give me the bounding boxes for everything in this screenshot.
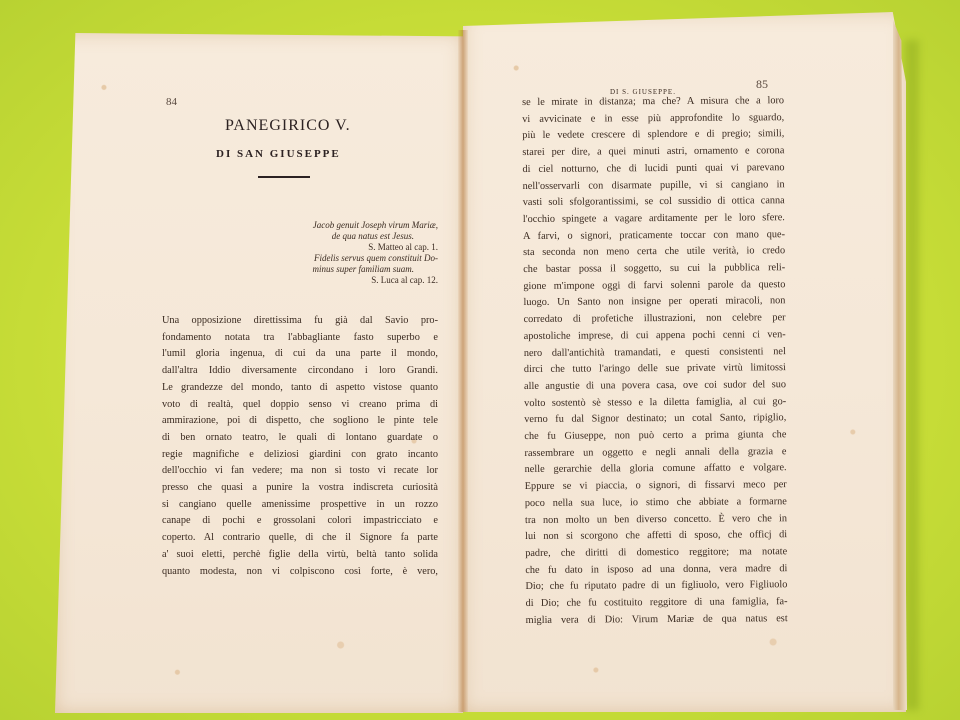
text-line: vi avvicinate e in esse più approfondite…: [522, 110, 784, 129]
epigraph-1: Jacob genuit Joseph virum Mariæ, de qua …: [240, 220, 438, 253]
text-line: regie magnifiche e deliziosi giardini co…: [162, 447, 438, 464]
text-line: nero dall'antichità tramandati, e questi…: [524, 344, 786, 363]
text-line: starei per dire, a quei minuti astri, or…: [522, 143, 784, 162]
text-line: di Dio; che fu costituito reggitore di u…: [525, 594, 787, 613]
text-line: voto di realtà, quel doppio senso vi cre…: [162, 397, 438, 414]
text-line: dall'altra Iddio diversamente circondano…: [162, 363, 438, 380]
title-rule: [258, 176, 310, 178]
text-line: ammirazione, poi di dispetto, che soglio…: [162, 413, 438, 430]
book-shadow: [905, 40, 919, 710]
text-line: sta seconda non meno certa che utile ver…: [523, 243, 785, 262]
epigraph-reference: S. Luca al cap. 12.: [240, 275, 438, 286]
text-line: si cangiano quelle amenissime prospettiv…: [162, 497, 438, 514]
text-line: tra non molto un ben diverso concetto. È…: [525, 511, 787, 530]
right-body-text: se le mirate in distanza; ma che? A misu…: [522, 93, 788, 629]
text-line: padre, che diritti di domestico reggitor…: [525, 544, 787, 563]
chapter-subtitle: DI SAN GIUSEPPE: [216, 148, 341, 160]
text-line: dirci che tutto l'aringo delle sue priva…: [524, 360, 786, 379]
text-line: nelle gerarchie della gloria comune affa…: [525, 461, 787, 480]
text-line: di ciel notturno, che di lucidi punti qu…: [522, 160, 784, 179]
text-line: canape di pochi e grossolani colori impa…: [162, 513, 438, 530]
text-line: Le grandezze del mondo, tanto di aspetto…: [162, 380, 438, 397]
left-page-number: 84: [166, 96, 177, 108]
text-line: Eppure se vi piaccia, o signori, di fiss…: [525, 477, 787, 496]
text-line: a' suoi eletti, perchè figlie della virt…: [162, 547, 438, 564]
text-line: Una opposizione direttissima fu già dal …: [162, 313, 438, 330]
text-line: di ben ornato teatro, le quali di lontan…: [162, 430, 438, 447]
text-line: verno fu dal Signor destinato; un cotal …: [524, 411, 786, 430]
text-line: coperto. Al contrario quelle, di che il …: [162, 530, 438, 547]
book-gutter: [458, 30, 468, 712]
text-line: Dio; che fu riputato padre di un figliuo…: [525, 578, 787, 597]
text-line: fondamento notata tra l'abbagliante fast…: [162, 330, 438, 347]
text-line: presso che quasi a punire la vostra indi…: [162, 480, 438, 497]
text-line: l'occhio spingete a vagare arditamente p…: [523, 210, 785, 229]
text-line: l'umil gloria ingenua, di cui da una par…: [162, 346, 438, 363]
right-page-number: 85: [756, 77, 768, 92]
text-line: alle angustie di una povera casa, ove co…: [524, 377, 786, 396]
epigraph-2: Fidelis servus quem constituit Do- minus…: [240, 253, 438, 286]
text-line: gione m'impone oggi di farvi solenni par…: [523, 277, 785, 296]
text-line: rassembrare un oggetto e negli annali de…: [524, 444, 786, 463]
text-line: più le vedete crescere di splendore e di…: [522, 127, 784, 146]
text-line: dell'occhio vi fan vedere; ma non sì tos…: [162, 463, 438, 480]
text-line: volto sostentò sè stesso e la diletta fa…: [524, 394, 786, 413]
text-line: se le mirate in distanza; ma che? A misu…: [522, 93, 784, 112]
text-line: luogo. Un Santo non insigne per operati …: [523, 294, 785, 313]
text-line: quanto modesta, non vi colpiscono così f…: [162, 564, 438, 581]
text-line: lui non si scorgono che affetti di sposo…: [525, 527, 787, 546]
epigraph-reference: S. Matteo al cap. 1.: [240, 242, 438, 253]
text-line: che fu dato in isposo ad una donna, vera…: [525, 561, 787, 580]
text-line: che fu Giuseppe, non può certo a prima g…: [524, 427, 786, 446]
text-line: che bastar possa il soggetto, su cui la …: [523, 260, 785, 279]
text-line: vasti soli sfolgorantissimi, se col suss…: [523, 193, 785, 212]
text-line: nell'osservarli con disarmate pupille, v…: [523, 177, 785, 196]
text-line: miglia vera di Dio: Virum Mariæ de qua n…: [526, 611, 788, 630]
text-line: corredato di profetiche illustrazioni, n…: [524, 310, 786, 329]
chapter-title: PANEGIRICO V.: [225, 117, 351, 135]
text-line: A farvi, o signori, praticamente toccar …: [523, 227, 785, 246]
text-line: apostoliche imprese, di cui appena pochi…: [524, 327, 786, 346]
text-line: poco nella sua luce, io stimo che abbiat…: [525, 494, 787, 513]
left-body-text: Una opposizione direttissima fu già dal …: [162, 313, 438, 580]
